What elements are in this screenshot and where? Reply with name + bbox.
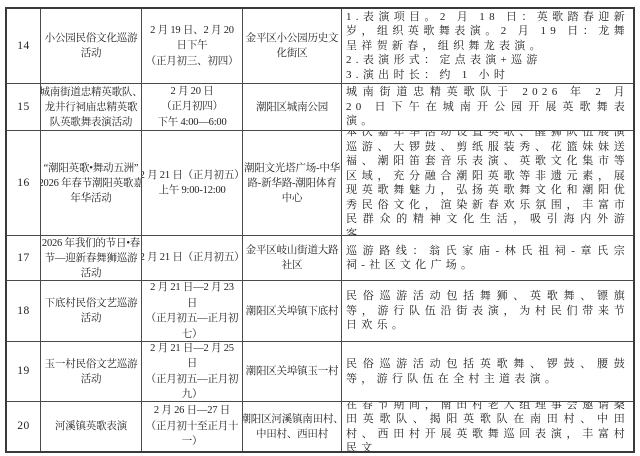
event-location: 金平区小公园历史文 化街区 [243, 9, 342, 84]
events-table: 14 小公园民俗文化巡游 活动 2 月 19 日、2 月 20 日下午 （正月初… [5, 7, 635, 453]
event-date: 2 月 20 日 （正月初四） 下午 4:00—6:00 [142, 84, 243, 131]
event-schedule-document: 14 小公园民俗文化巡游 活动 2 月 19 日、2 月 20 日下午 （正月初… [0, 0, 640, 456]
event-location: 金平区岐山街道大路 社区 [243, 236, 342, 281]
event-date: 2 月 21 日（正月初五） 上午 9:00-12:00 [142, 131, 243, 236]
event-description: 巡游路线：翁氏家庙-林氏祖祠-章氏宗祠-社区文化广场。 [342, 236, 633, 281]
event-activity: 玉一村民俗文艺巡游 活动 [41, 342, 142, 402]
event-date: 2 月 21 日（正月初五） [142, 236, 243, 281]
event-location: 潮阳文光塔广场-中华 路-新华路-潮阳体育 中心 [243, 131, 342, 236]
event-description: 在春节期间，南田村老人组理事会邀请桑田英歌队、揭阳英歌队在南田村、中田村、西田村… [342, 402, 633, 451]
event-description: 城南街道忠精英歌队于 2026 年 2 月 20 日下午在城南开公园开展英歌舞表… [342, 84, 633, 131]
event-location: 潮阳区关埠镇下底村 [243, 281, 342, 342]
event-date: 2 月 21 日—2 月 25 日 （正月初五—正月初 九） [142, 342, 243, 402]
event-description-text: 1.表演项目。2 月 18 日：英歌踏春迎新岁，组织英歌舞表演。2 月 19 日… [346, 10, 629, 83]
event-activity: 下底村民俗文艺巡游 活动 [41, 281, 142, 342]
event-location: 潮阳区关埠镇玉一村 [243, 342, 342, 402]
event-date: 2 月 26 日—27 日 （正月初十至正月十 一） [142, 402, 243, 451]
event-description: 民俗巡游活动包括英歌舞、锣鼓、腰鼓等，游行队伍在全村主道表演。 [342, 342, 633, 402]
event-number: 14 [7, 9, 41, 84]
event-activity: 河溪镇英歌表演 [41, 402, 142, 451]
event-number: 17 [7, 236, 41, 281]
event-description-text: 在春节期间，南田村老人组理事会邀请桑田英歌队、揭阳英歌队在南田村、中田村、西田村… [346, 402, 629, 451]
event-activity: “潮阳英歌•舞动五洲” 2026 年春节潮阳英歌嘉 年华活动 [41, 131, 142, 236]
event-location: 潮阳区河溪镇南田村、 中田村、西田村 [243, 402, 342, 451]
event-number: 16 [7, 131, 41, 236]
event-description: 本次嘉年华活动设置英歌、醒狮队伍展演巡游、大锣鼓、剪纸服装秀、花篮妹妹送福、潮阳… [342, 131, 633, 236]
event-description-text: 城南街道忠精英歌队于 2026 年 2 月 20 日下午在城南开公园开展英歌舞表… [346, 85, 629, 129]
event-location: 潮阳区城南公园 [243, 84, 342, 131]
event-activity: 城南街道忠精英歌队、 龙井行祠庙忠精英歌 队英歌舞表演活动 [41, 84, 142, 131]
event-date: 2 月 21 日—2 月 23 日 （正月初五—正月初 七） [142, 281, 243, 342]
event-number: 20 [7, 402, 41, 451]
event-activity: 2026 年我们的节日•春 节—迎新春舞狮巡游 活动 [41, 236, 142, 281]
event-number: 19 [7, 342, 41, 402]
event-number: 18 [7, 281, 41, 342]
event-description-text: 民俗巡游活动包括英歌舞、锣鼓、腰鼓等，游行队伍在全村主道表演。 [346, 357, 629, 386]
event-description-text: 本次嘉年华活动设置英歌、醒狮队伍展演巡游、大锣鼓、剪纸服装秀、花篮妹妹送福、潮阳… [346, 131, 629, 236]
event-activity: 小公园民俗文化巡游 活动 [41, 9, 142, 84]
event-number: 15 [7, 84, 41, 131]
event-description-text: 巡游路线：翁氏家庙-林氏祖祠-章氏宗祠-社区文化广场。 [346, 244, 629, 273]
event-description: 1.表演项目。2 月 18 日：英歌踏春迎新岁，组织英歌舞表演。2 月 19 日… [342, 9, 633, 84]
event-description-text: 民俗巡游活动包括舞狮、英歌舞、镖旗等，游行队伍沿街表演，为村民们带来节日欢乐。 [346, 289, 629, 333]
event-date: 2 月 19 日、2 月 20 日下午 （正月初三、初四） [142, 9, 243, 84]
event-description: 民俗巡游活动包括舞狮、英歌舞、镖旗等，游行队伍沿街表演，为村民们带来节日欢乐。 [342, 281, 633, 342]
